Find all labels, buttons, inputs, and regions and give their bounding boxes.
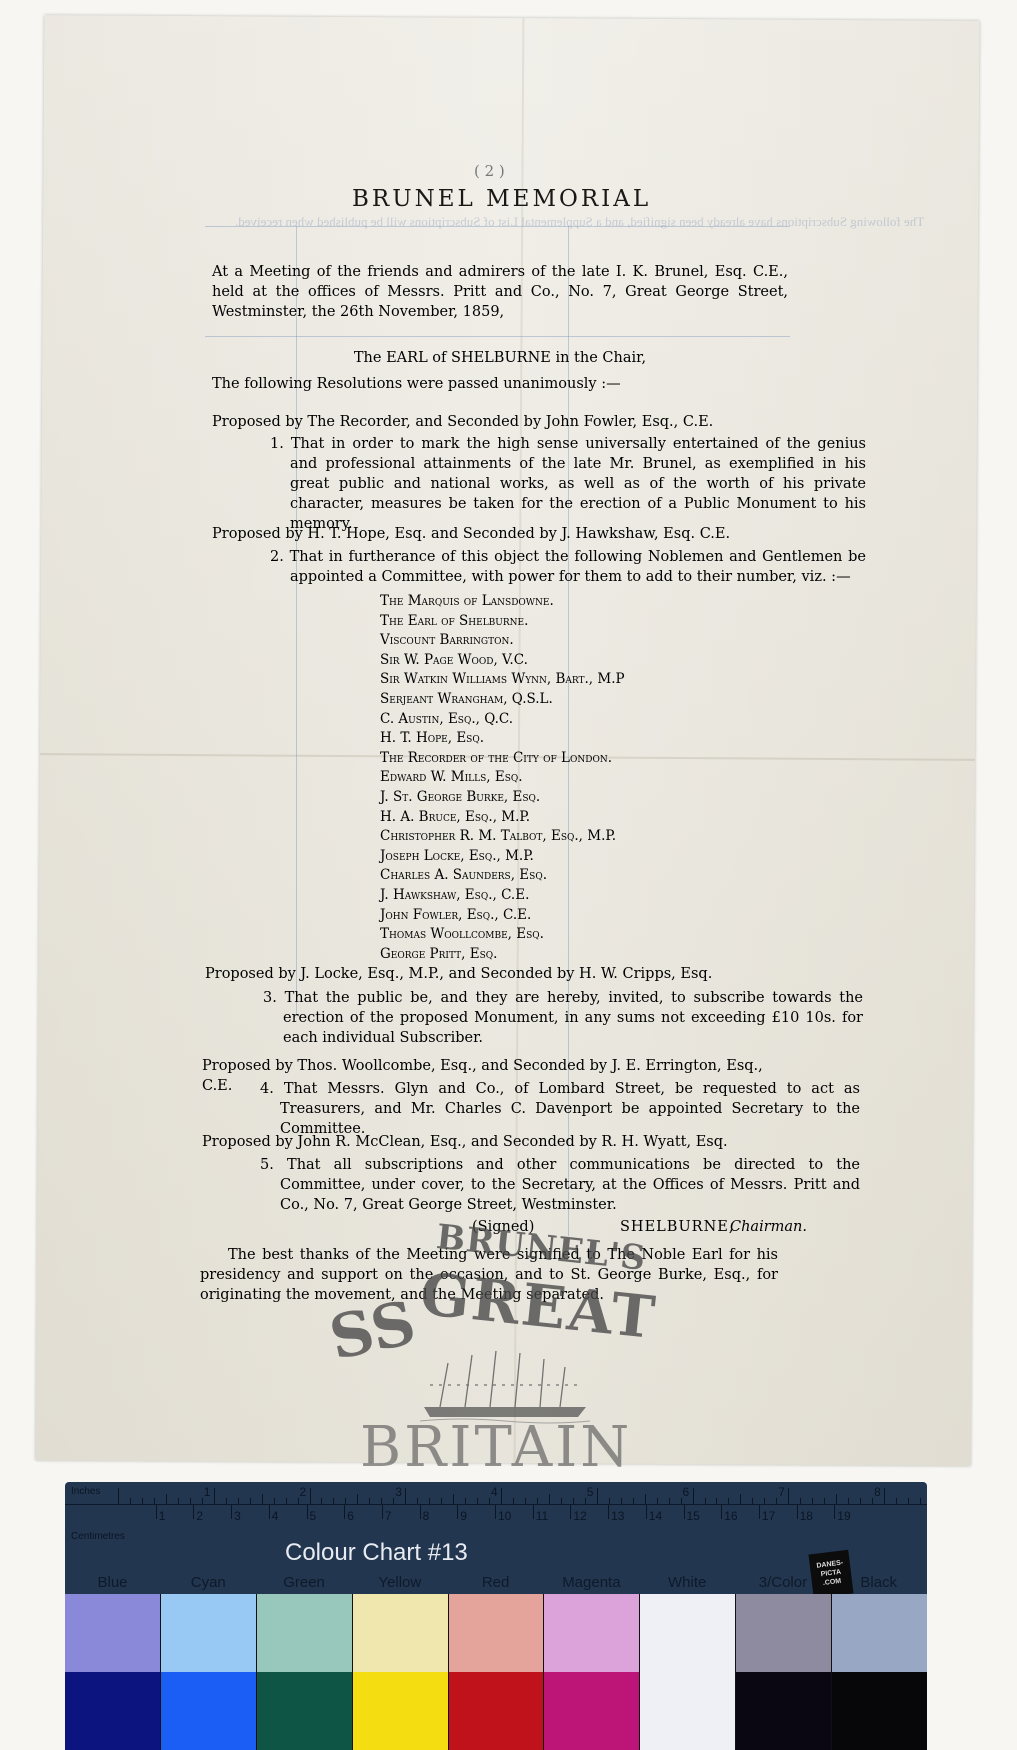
resolution-1-text: 1. That in order to mark the high sense … [212, 434, 866, 534]
document-title: BRUNEL MEMORIAL [352, 186, 651, 212]
cm-mark: 10 [498, 1509, 511, 1523]
committee-member: The Recorder of the City of London. [380, 749, 625, 769]
swatch-green [257, 1594, 353, 1750]
inch-mark: 4 [491, 1485, 498, 1499]
resolution-1-proposer: Proposed by The Recorder, and Seconded b… [212, 412, 788, 432]
swatch-label: Yellow [352, 1574, 447, 1591]
committee-member: Charles A. Saunders, Esq. [380, 866, 625, 886]
cm-mark: 2 [196, 1509, 203, 1523]
cm-mark: 12 [573, 1509, 586, 1523]
committee-member: C. Austin, Esq., Q.C. [380, 710, 625, 730]
committee-member: Thomas Woollcombe, Esq. [380, 925, 625, 945]
inch-mark: 1 [204, 1485, 211, 1499]
resolution-2-proposer: Proposed by H. T. Hope, Esq. and Seconde… [212, 524, 788, 544]
committee-member: Sir Watkin Williams Wynn, Bart., M.P [380, 670, 625, 690]
signature-role: Chairman. [730, 1217, 807, 1237]
swatch-red [449, 1594, 545, 1750]
colour-swatches [65, 1594, 927, 1750]
swatch-blue [65, 1594, 161, 1750]
cm-mark: 16 [724, 1509, 737, 1523]
committee-member: J. Hawkshaw, Esq., C.E. [380, 886, 625, 906]
swatch-label: 3/Color [735, 1574, 830, 1591]
bleed-through-text: The following Subscriptions have already… [235, 214, 924, 230]
colour-chart-title: Colour Chart #13 [285, 1539, 468, 1567]
centimetres-label: Centimetres [71, 1531, 125, 1542]
committee-member: The Earl of Shelburne. [380, 612, 625, 632]
swatch-3-color [736, 1594, 832, 1750]
swatch-label: Green [257, 1574, 352, 1591]
inch-mark: 6 [683, 1485, 690, 1499]
swatch-black [832, 1594, 927, 1750]
swatch-magenta [544, 1594, 640, 1750]
colour-chart: Inches Centimetres 123456781234567891011… [65, 1482, 927, 1750]
swatch-label: Cyan [161, 1574, 256, 1591]
committee-member: Serjeant Wrangham, Q.S.L. [380, 690, 625, 710]
swatch-label: Blue [65, 1574, 160, 1591]
cm-mark: 13 [611, 1509, 624, 1523]
swatch-label: Black [831, 1574, 926, 1591]
resolution-4-text: 4. That Messrs. Glyn and Co., of Lombard… [202, 1079, 860, 1139]
swatch-cyan [161, 1594, 257, 1750]
cm-mark: 18 [800, 1509, 813, 1523]
cm-mark: 3 [234, 1509, 241, 1523]
committee-member: J. St. George Burke, Esq. [380, 788, 625, 808]
cm-mark: 4 [272, 1509, 279, 1523]
chair-line: The EARL of SHELBURNE in the Chair, [212, 348, 788, 368]
ship-icon [420, 1345, 590, 1425]
cm-mark: 6 [347, 1509, 354, 1523]
swatch-yellow [353, 1594, 449, 1750]
cm-mark: 14 [649, 1509, 662, 1523]
cm-mark: 8 [423, 1509, 430, 1523]
bleed-rule [205, 336, 790, 337]
committee-member: H. A. Bruce, Esq., M.P. [380, 808, 625, 828]
inch-mark: 7 [778, 1485, 785, 1499]
resolution-5-text: 5. That all subscriptions and other comm… [202, 1155, 860, 1215]
resolution-5-proposer: Proposed by John R. McClean, Esq., and S… [202, 1132, 792, 1152]
resolution-2-text: 2. That in furtherance of this object th… [212, 547, 866, 587]
resolution-3-text: 3. That the public be, and they are here… [205, 988, 863, 1048]
cm-mark: 9 [460, 1509, 467, 1523]
intro-paragraph: At a Meeting of the friends and admirers… [212, 262, 788, 322]
cm-mark: 7 [385, 1509, 392, 1523]
swatch-white [640, 1594, 736, 1750]
swatch-label: White [640, 1574, 735, 1591]
inch-mark: 5 [587, 1485, 594, 1499]
committee-member: Viscount Barrington. [380, 631, 625, 651]
committee-member: Joseph Locke, Esq., M.P. [380, 847, 625, 867]
inch-mark: 8 [874, 1485, 881, 1499]
resolution-3-proposer: Proposed by J. Locke, Esq., M.P., and Se… [205, 964, 795, 984]
inches-label: Inches [71, 1486, 100, 1497]
committee-member: Christopher R. M. Talbot, Esq., M.P. [380, 827, 625, 847]
cm-mark: 1 [159, 1509, 166, 1523]
cm-mark: 5 [310, 1509, 317, 1523]
committee-member: Sir W. Page Wood, V.C. [380, 651, 625, 671]
committee-list: The Marquis of Lansdowne.The Earl of She… [380, 592, 625, 964]
committee-member: Edward W. Mills, Esq. [380, 768, 625, 788]
committee-member: H. T. Hope, Esq. [380, 729, 625, 749]
watermark-britain: BRITAIN [360, 1415, 632, 1480]
committee-member: George Pritt, Esq. [380, 945, 625, 965]
committee-member: The Marquis of Lansdowne. [380, 592, 625, 612]
inch-mark: 2 [300, 1485, 307, 1499]
swatch-label: Magenta [544, 1574, 639, 1591]
cm-mark: 17 [762, 1509, 775, 1523]
cm-mark: 15 [687, 1509, 700, 1523]
committee-member: John Fowler, Esq., C.E. [380, 906, 625, 926]
inch-mark: 3 [395, 1485, 402, 1499]
bleed-column-rule [296, 226, 297, 1016]
cm-mark: 11 [536, 1509, 548, 1523]
page-number: ( 2 ) [474, 162, 505, 180]
signature: SHELBURNE, [620, 1217, 734, 1237]
cm-mark: 19 [837, 1509, 850, 1523]
resolutions-intro: The following Resolutions were passed un… [212, 374, 788, 394]
swatch-label: Red [448, 1574, 543, 1591]
